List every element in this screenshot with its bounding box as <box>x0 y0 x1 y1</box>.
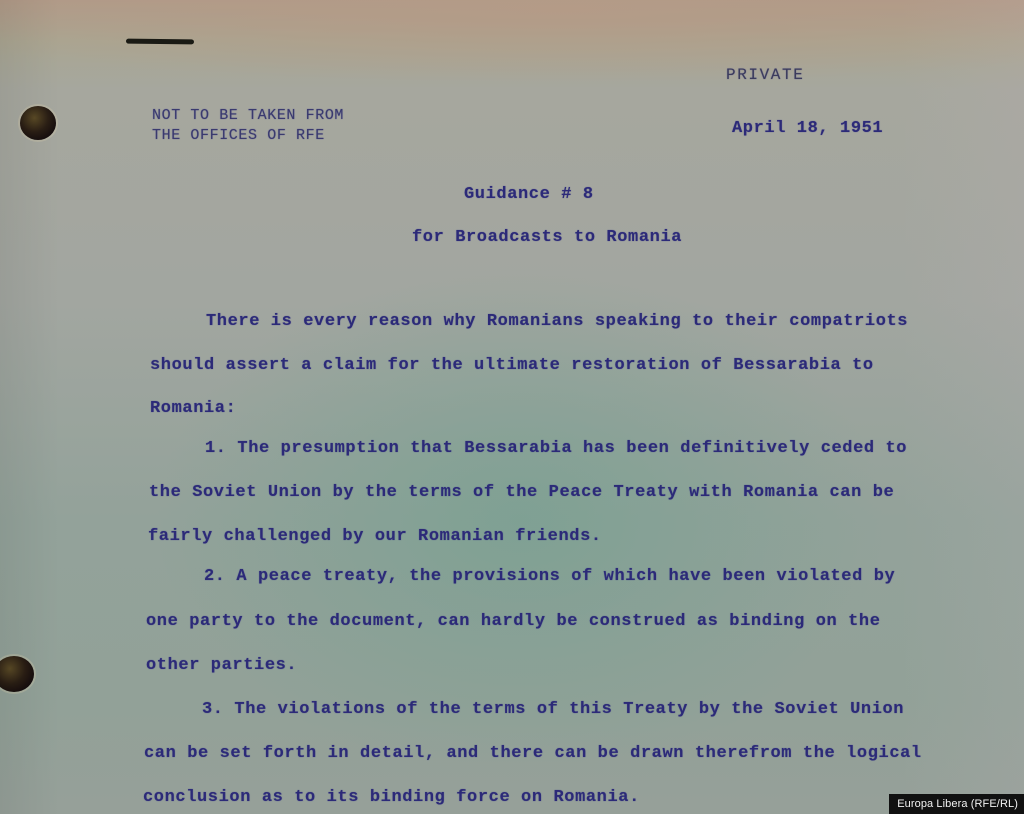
document-subtitle: for Broadcasts to Romania <box>412 228 682 247</box>
body-line: can be set forth in detail, and there ca… <box>144 744 922 763</box>
classification-label: PRIVATE <box>726 66 804 84</box>
document-date: April 18, 1951 <box>732 119 883 138</box>
document-title: Guidance # 8 <box>464 185 594 204</box>
body-line: should assert a claim for the ultimate r… <box>150 356 874 375</box>
restriction-notice: NOT TO BE TAKEN FROM THE OFFICES OF RFE <box>152 106 344 146</box>
body-line: 2. A peace treaty, the provisions of whi… <box>204 567 895 586</box>
restriction-line: THE OFFICES OF RFE <box>152 126 344 146</box>
restriction-line: NOT TO BE TAKEN FROM <box>152 106 344 126</box>
body-line: fairly challenged by our Romanian friend… <box>148 527 602 546</box>
photo-credit-badge: Europa Libera (RFE/RL) <box>889 794 1024 814</box>
body-line: 3. The violations of the terms of this T… <box>202 700 904 719</box>
punch-hole-icon <box>0 656 34 692</box>
body-line: There is every reason why Romanians spea… <box>206 312 908 331</box>
body-line: Romania: <box>150 399 236 418</box>
body-line: conclusion as to its binding force on Ro… <box>143 788 640 807</box>
body-line: 1. The presumption that Bessarabia has b… <box>205 439 907 458</box>
body-line: one party to the document, can hardly be… <box>146 612 881 631</box>
body-line: other parties. <box>146 656 297 675</box>
pen-mark <box>126 39 194 45</box>
body-line: the Soviet Union by the terms of the Pea… <box>149 483 894 502</box>
punch-hole-icon <box>20 106 56 140</box>
document-page: NOT TO BE TAKEN FROM THE OFFICES OF RFE … <box>0 0 1024 814</box>
